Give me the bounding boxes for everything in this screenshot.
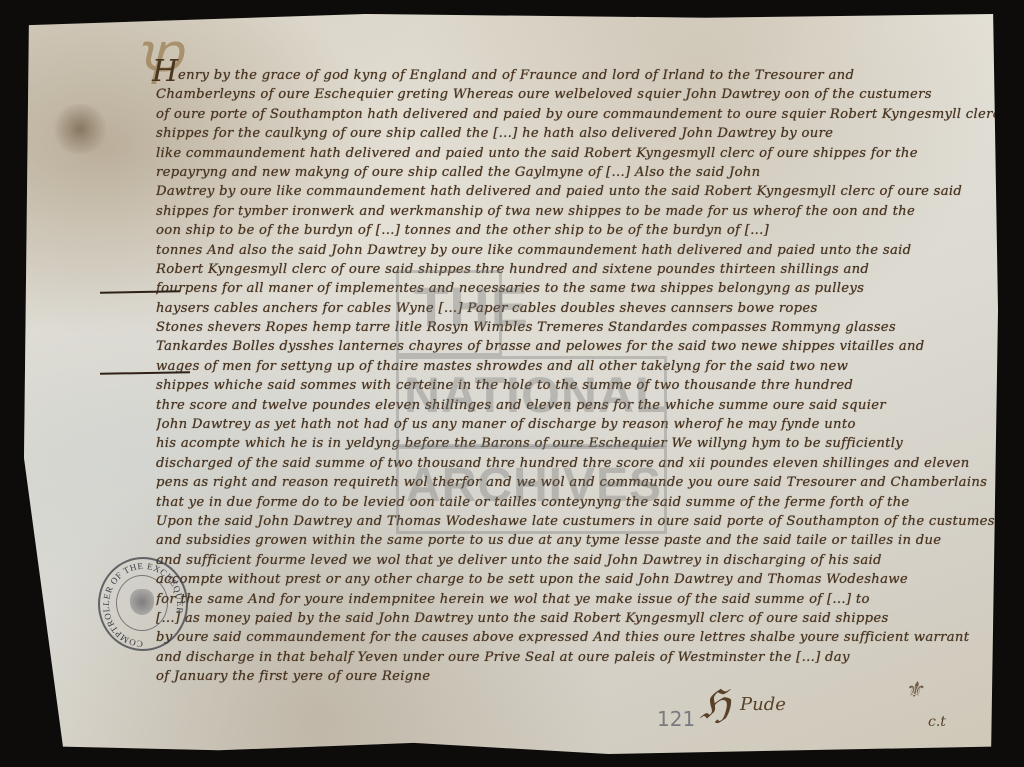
manuscript-line: shippes for tymber ironwerk and werkmans… (156, 202, 996, 221)
manuscript-line: Stones shevers Ropes hemp tarre litle Ro… (156, 318, 996, 337)
manuscript-line: by oure said commaundement for the cause… (156, 628, 996, 647)
manuscript-line: thre score and twelve poundes eleven shi… (156, 396, 996, 415)
manuscript-line: repayryng and new makyng of oure ship ca… (156, 163, 996, 182)
manuscript-line: his acompte which he is in yeldyng befor… (156, 434, 996, 453)
manuscript-text: enry by the grace of god kyng of England… (156, 66, 996, 687)
manuscript-line: and subsidies growen within the same por… (156, 531, 996, 550)
manuscript-line: and sufficient fourme leved we wol that … (156, 551, 996, 570)
manuscript-line: for the same And for youre indempnitee h… (156, 590, 996, 609)
pencil-number: 121 (657, 707, 695, 731)
manuscript-line: shippes whiche said sommes with certeine… (156, 376, 996, 395)
manuscript-line: shippes for the caulkyng of oure ship ca… (156, 124, 996, 143)
manuscript-line: like commaundement hath delivered and pa… (156, 144, 996, 163)
manuscript-line: fourpens for all maner of implementes an… (156, 279, 996, 298)
manuscript-line: haysers cables anchers for cables Wyne [… (156, 299, 996, 318)
manuscript-line: tonnes And also the said John Dawtrey by… (156, 241, 996, 260)
signature-flourish: ℌ (700, 682, 730, 728)
manuscript-line: enry by the grace of god kyng of England… (156, 66, 996, 85)
manuscript-line: Dawtrey by oure like commaundement hath … (156, 182, 996, 201)
ink-stain (50, 104, 110, 154)
parchment-document: ꝕ H enry by the grace of god kyng of Eng… (24, 14, 998, 754)
manuscript-line: Tankardes Bolles dysshes lanternes chayr… (156, 337, 996, 356)
clerk-signature: Pude (740, 694, 786, 715)
initials: c.t (928, 714, 946, 730)
manuscript-line: of oure porte of Southampton hath delive… (156, 105, 996, 124)
manuscript-line: Upon the said John Dawtrey and Thomas Wo… (156, 512, 996, 531)
manuscript-line: discharged of the said summe of two thou… (156, 454, 996, 473)
manuscript-line: of January the first yere of oure Reigne (156, 667, 996, 686)
manuscript-line: that ye in due forme do to be levied oon… (156, 493, 996, 512)
stamp-inner-ring (116, 575, 168, 631)
manuscript-line: pens as right and reason requireth wol t… (156, 473, 996, 492)
manuscript-line: oon ship to be of the burdyn of [...] to… (156, 221, 996, 240)
manuscript-line: accompte without prest or any other char… (156, 570, 996, 589)
exchequer-stamp: COMPTROLLER OF THE EXCHEQUER (98, 557, 188, 651)
manuscript-line: John Dawtrey as yet hath not had of us a… (156, 415, 996, 434)
monogram: ⚜ (904, 678, 924, 703)
manuscript-line: Chamberleyns of oure Eschequier greting … (156, 85, 996, 104)
royal-arms-icon (130, 589, 154, 615)
manuscript-line: wages of men for settyng up of thaire ma… (156, 357, 996, 376)
manuscript-line: Robert Kyngesmyll clerc of oure said shi… (156, 260, 996, 279)
manuscript-line: and discharge in that behalf Yeven under… (156, 648, 996, 667)
manuscript-line: [...] as money paied by the said John Da… (156, 609, 996, 628)
